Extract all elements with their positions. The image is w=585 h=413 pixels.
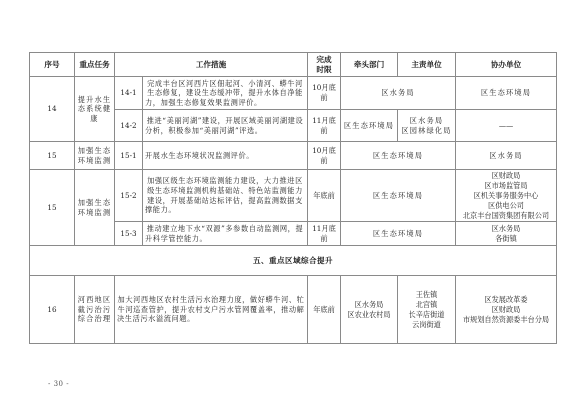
item-code: 15-3 — [115, 222, 143, 246]
deadline-line1: 11月底 — [310, 116, 338, 126]
row-task: 提升水生态系统健康 — [75, 77, 115, 142]
header-assist: 协办单位 — [456, 53, 557, 77]
assist-unit: 各街镇 — [458, 234, 554, 244]
deadline-line2: 前 — [310, 234, 338, 244]
table-row: 15 加强生态环境监测 15-2 加强区级生态环境监测能力建设，大力推进区级生态… — [30, 170, 557, 222]
table-header-row: 序号 重点任务 工作措施 完成 时限 牵头部门 主责单位 协办单位 — [30, 53, 557, 77]
item-code: 15-1 — [115, 142, 143, 170]
item-deadline: 11月底 前 — [308, 222, 341, 246]
responsible-unit: 长辛店街道 — [400, 310, 453, 320]
responsible-unit: 区水务局 — [400, 116, 453, 126]
item-responsible: 区水务局 区园林绿化局 — [398, 110, 456, 142]
item-code: 15-2 — [115, 170, 143, 222]
item-assist: 区财政局 区市场监管局 区机关事务服务中心 区供电公司 北京丰台国资集团有限公司 — [456, 170, 557, 222]
item-measure: 开展水生态环境状况监测评价。 — [143, 142, 308, 170]
assist-unit: 区发展改革委 — [458, 295, 554, 305]
deadline-line2: 前 — [310, 126, 338, 136]
header-responsible: 主责单位 — [398, 53, 456, 77]
deadline-line2: 前 — [310, 156, 338, 166]
section-header-row: 五、重点区域综合提升 — [30, 246, 557, 276]
item-deadline: 11月底 前 — [308, 110, 341, 142]
deadline-line2: 前 — [310, 93, 338, 103]
row-seq: 16 — [30, 276, 75, 344]
item-measure: 推进“美丽河湖”建设，开展区域美丽河湖建设分析，积极参加“美丽河湖”评选。 — [143, 110, 308, 142]
assist-unit: 市规划自然资源委丰台分局 — [458, 315, 554, 325]
item-assist: 区水务局 各街镇 — [456, 222, 557, 246]
responsible-unit: 区园林绿化局 — [400, 126, 453, 136]
header-task: 重点任务 — [75, 53, 115, 77]
responsible-unit: 云岗街道 — [400, 320, 453, 330]
item-measure: 完成丰台区河西片区佃起河、小清河、蟒牛河生态修复，建设生态缓冲带，提升水体自净能… — [143, 77, 308, 110]
deadline-line1: 10月底 — [310, 146, 338, 156]
item-responsible: 王佐镇 北宫镇 长辛店街道 云岗街道 — [398, 276, 456, 344]
lead-unit: 区水务局 — [343, 300, 395, 310]
assist-unit: 区财政局 — [458, 171, 554, 181]
item-measure: 加大河西地区农村生活污水治理力度，做好蟒牛河、牤牛河巡查管护，提升农村支户污水管… — [115, 276, 308, 344]
row-seq: 14 — [30, 77, 75, 142]
assist-unit: 区水务局 — [458, 224, 554, 234]
table-row: 14 提升水生态系统健康 14-1 完成丰台区河西片区佃起河、小清河、蟒牛河生态… — [30, 77, 557, 110]
header-lead: 牵头部门 — [341, 53, 398, 77]
assist-unit: 区生态环境局 — [458, 88, 554, 98]
responsible-unit: 王佐镇 — [400, 290, 453, 300]
item-measure: 加强区级生态环境监测能力建设，大力推进区级生态环境监测机构基础站、特色站监测能力… — [143, 170, 308, 222]
header-measures: 工作措施 — [115, 53, 308, 77]
item-lead-responsible: 区生态环境局 — [341, 222, 456, 246]
header-deadline-line1: 完成 — [310, 55, 338, 64]
document-page: 序号 重点任务 工作措施 完成 时限 牵头部门 主责单位 协办单位 14 提升水… — [0, 0, 585, 413]
assist-unit: 区机关事务服务中心 — [458, 191, 554, 201]
table-row: 16 河西地区截污治污综合治理 加大河西地区农村生活污水治理力度，做好蟒牛河、牤… — [30, 276, 557, 344]
item-assist: 区水务局 — [456, 142, 557, 170]
item-lead: 区水务局 区农业农村局 — [341, 276, 398, 344]
assist-unit: 区财政局 — [458, 305, 554, 315]
assist-unit: 北京丰台国资集团有限公司 — [458, 211, 554, 221]
assist-unit: 区市场监管局 — [458, 181, 554, 191]
item-deadline: 10月底 前 — [308, 77, 341, 110]
header-deadline: 完成 时限 — [308, 53, 341, 77]
row-seq: 15 — [30, 170, 75, 246]
assist-unit: 区水务局 — [458, 151, 554, 161]
item-assist: 区生态环境局 — [456, 77, 557, 110]
item-measure: 推动建立地下水“双源”多参数自动监测网，提升科学管控能力。 — [143, 222, 308, 246]
item-code: 14-1 — [115, 77, 143, 110]
row-seq: 15 — [30, 142, 75, 170]
lead-unit: 区农业农村局 — [343, 310, 395, 320]
item-lead-responsible: 区水务局 — [341, 77, 456, 110]
deadline-line1: 10月底 — [310, 83, 338, 93]
header-seq: 序号 — [30, 53, 75, 77]
section-title: 五、重点区域综合提升 — [30, 246, 557, 276]
row-task: 加强生态环境监测 — [75, 142, 115, 170]
row-task: 河西地区截污治污综合治理 — [75, 276, 115, 344]
item-lead-responsible: 区生态环境局 — [341, 142, 456, 170]
item-deadline: 年底前 — [308, 170, 341, 222]
assist-unit: —— — [458, 121, 554, 131]
row-task: 加强生态环境监测 — [75, 170, 115, 246]
item-assist: —— — [456, 110, 557, 142]
item-lead-responsible: 区生态环境局 — [341, 170, 456, 222]
deadline-line1: 11月底 — [310, 224, 338, 234]
item-assist: 区发展改革委 区财政局 市规划自然资源委丰台分局 — [456, 276, 557, 344]
work-plan-table: 序号 重点任务 工作措施 完成 时限 牵头部门 主责单位 协办单位 14 提升水… — [29, 52, 557, 344]
page-number: - 30 - — [48, 380, 69, 388]
header-deadline-line2: 时限 — [310, 65, 338, 74]
assist-unit: 区供电公司 — [458, 201, 554, 211]
responsible-unit: 北宫镇 — [400, 300, 453, 310]
item-lead: 区生态环境局 — [341, 110, 398, 142]
item-deadline: 年底前 — [308, 276, 341, 344]
item-deadline: 10月底 前 — [308, 142, 341, 170]
item-code: 14-2 — [115, 110, 143, 142]
table-row: 15 加强生态环境监测 15-1 开展水生态环境状况监测评价。 10月底 前 区… — [30, 142, 557, 170]
